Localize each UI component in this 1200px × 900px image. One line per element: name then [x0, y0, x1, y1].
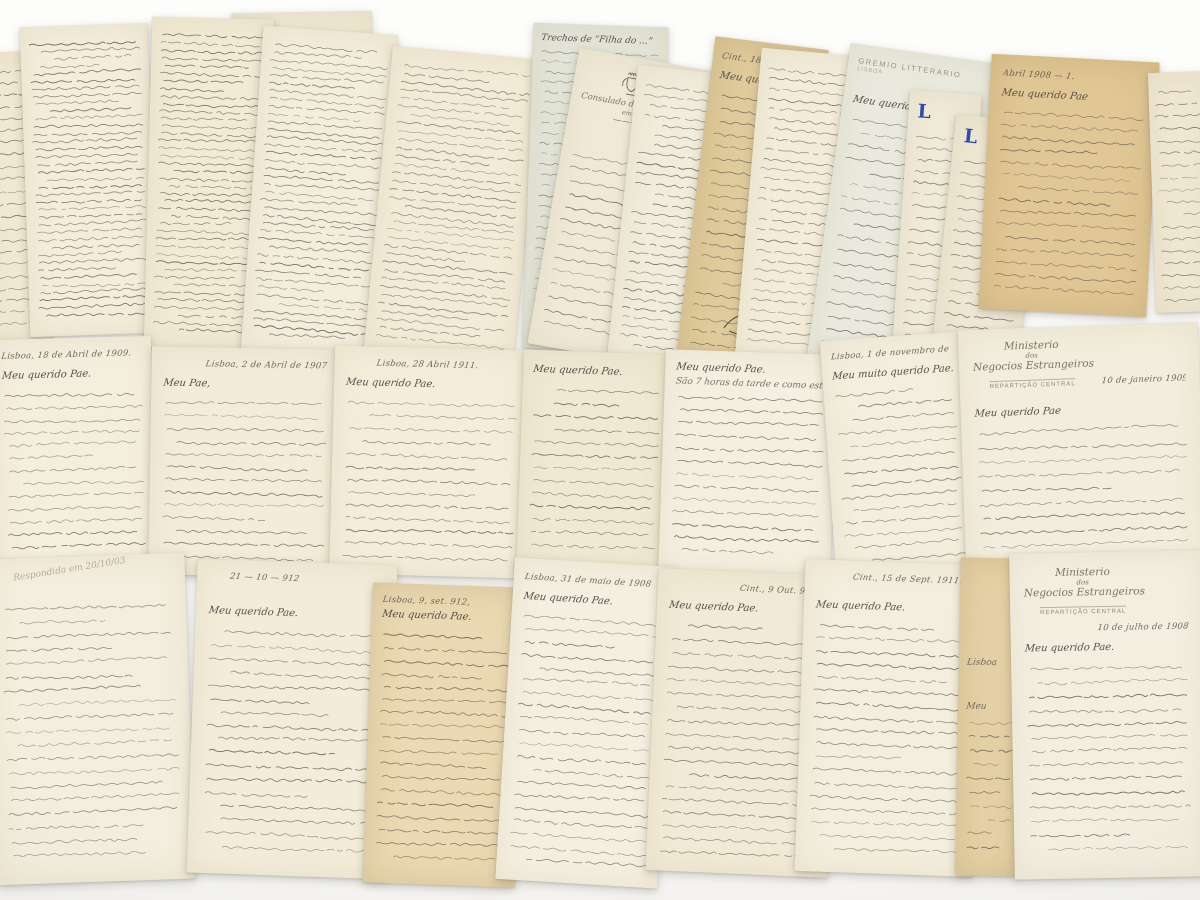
letter-date: Lisboa, 1 de novembro de 1911. — [831, 344, 953, 362]
letter-lisboa-18-abril-1909: Lisboa, 18 de Abril de 1909. Meu querido… — [0, 336, 157, 578]
handwriting-lines — [991, 102, 1145, 302]
handwriting-lines — [160, 392, 327, 565]
handwriting-lines — [670, 386, 826, 564]
handwriting-block — [0, 593, 183, 871]
letter-salutation: Meu querido Pae. — [381, 609, 515, 624]
letter-salutation: Meu querido Pae. — [532, 364, 662, 379]
manuscript-edge-strip — [1148, 71, 1200, 313]
letter-date: Lisboa, 9, set. 912, — [382, 595, 515, 609]
letter-salutation: Meu querido Pae. — [1, 367, 142, 381]
handwriting-lines — [341, 391, 517, 565]
handwriting-lines — [374, 58, 532, 350]
handwriting-lines — [527, 379, 661, 564]
handwriting-lines — [807, 614, 969, 864]
handwriting-block — [527, 379, 661, 565]
letter-salutation: Meu Pae, — [163, 377, 328, 391]
handwriting-block — [807, 614, 969, 865]
letter-date: Lisboa, 2 de Abril de 1907. — [205, 359, 328, 371]
handwriting-block — [975, 416, 1192, 568]
letter-date: Abril 1908 — 1. — [1002, 68, 1148, 85]
manuscript-page — [364, 46, 543, 364]
letter-lisboa-2-abril-1907: Lisboa, 2 de Abril de 1907. Meu Pae, — [148, 346, 340, 577]
handwriting-lines — [2, 382, 147, 566]
letter-meu-querido-pae: Meu querido Pae. — [516, 349, 672, 576]
handwriting-lines — [0, 593, 183, 871]
handwriting-lines — [1153, 81, 1200, 303]
letter-ministerio-jul-1908: Ministerio dos Negocios Estrangeiros REP… — [1009, 550, 1200, 879]
ministerio-line3: Negocios Estrangeiros — [1024, 585, 1142, 599]
handwriting-block — [963, 711, 1014, 864]
letter-salutation: Meu querido Pae. — [345, 377, 519, 392]
letter-date: 10 de julho de 1908 — [1097, 622, 1189, 633]
handwriting-block — [200, 620, 382, 867]
handwriting-lines — [1025, 655, 1193, 865]
letter-date: 10 de janeiro 1909 — [1101, 373, 1186, 386]
ministerio-line4: REPARTIÇÃO CENTRAL — [989, 378, 1075, 390]
manuscript-page — [20, 23, 159, 337]
letter-respondida: Respondida em 20/10/03 — [0, 553, 196, 886]
letter-lisboa-28-abril-1911: Lisboa, 28 Abril 1911. Meu querido Pae. — [329, 345, 531, 578]
letter-salutation: Meu querido Pae. — [675, 361, 827, 377]
handwriting-block — [2, 382, 147, 566]
letter-lisboa-1-nov-1911: Lisboa, 1 de novembro de 1911. Meu muito… — [820, 331, 978, 580]
handwriting-lines — [833, 378, 967, 568]
handwriting-block — [160, 392, 327, 565]
handwriting-lines — [963, 711, 1014, 864]
ministerio-line4: REPARTIÇÃO CENTRAL — [1040, 606, 1126, 617]
handwriting-block — [833, 378, 967, 568]
ministerio-letterhead: Ministerio dos Negocios Estrangeiros REP… — [972, 338, 1092, 393]
handwriting-lines — [373, 623, 514, 874]
handwriting-block — [991, 102, 1145, 303]
handwriting-lines — [975, 416, 1192, 567]
letter-salutation: Meu querido Pae. — [1024, 640, 1189, 654]
handwriting-lines — [200, 620, 382, 867]
letter-date: Lisboa, 18 de Abril de 1909. — [1, 348, 142, 362]
letter-salutation: Meu querido Pae. — [815, 599, 971, 615]
letter-fragment: Lisboa — [966, 658, 1015, 669]
handwriting-block — [341, 391, 517, 566]
handwriting-block — [1153, 81, 1200, 303]
letter-sao-7-horas: Meu querido Pae. São 7 horas da tarde e … — [658, 349, 838, 577]
handwriting-lines — [507, 606, 663, 874]
letter-date: Lisboa, 31 de maio de 1908 — [524, 572, 666, 590]
letter-fragment: Meu — [965, 701, 1014, 712]
handwriting-block — [373, 623, 514, 875]
handwriting-lines — [28, 35, 150, 325]
letter-date: Lisboa, 28 Abril 1911. — [376, 359, 519, 372]
letter-abril-1908: Abril 1908 — 1. Meu querido Pae — [978, 54, 1159, 317]
handwriting-block — [1025, 655, 1193, 865]
handwriting-block — [374, 58, 532, 350]
letter-salutation: Meu querido Pae. — [208, 605, 384, 622]
handwriting-block — [28, 35, 150, 325]
handwriting-block — [670, 386, 826, 565]
letter-date: 21 — 10 — 912 — [229, 572, 384, 587]
letter-date: Cint., 15 de Sept. 1911. — [852, 573, 971, 587]
pencil-annotation: Respondida em 20/10/03 — [13, 556, 127, 584]
letter-ministerio-jan-1909: Ministerio dos Negocios Estrangeiros REP… — [958, 322, 1200, 580]
letters-collection-photo: Trechos de “Filha do …” Consulado de Por… — [0, 0, 1200, 900]
handwriting-block — [507, 606, 663, 874]
ministerio-letterhead: Ministerio dos Negocios Estrangeiros REP… — [1023, 565, 1142, 618]
